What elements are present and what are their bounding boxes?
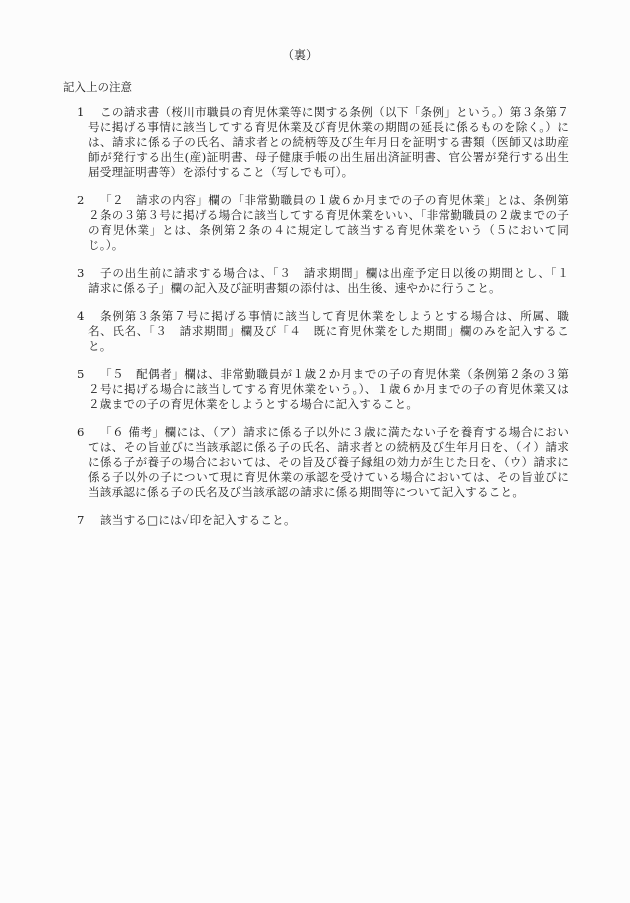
note-text: 条例第３条第７号に掲げる事情に該当して育児休業をしようとする場合は、所属、職名、…	[88, 309, 569, 354]
note-text: 「２ 請求の内容」欄の「非常勤職員の１歳６か月までの子の育児休業」とは、条例第２…	[88, 193, 569, 253]
note-number: 5	[77, 367, 88, 382]
note-text: 子の出生前に請求する場合は、「３ 請求期間」欄は出産予定日以後の期間とし、「１ …	[88, 266, 569, 296]
note-item-1: 1 この請求書（桜川市職員の育児休業等に関する条例（以下「条例」という。）第３条…	[77, 105, 569, 180]
page-label: （裏）	[0, 46, 630, 63]
note-text: この請求書（桜川市職員の育児休業等に関する条例（以下「条例」という。）第３条第７…	[88, 105, 569, 180]
note-number: 7	[77, 513, 88, 528]
note-text: 「５ 配偶者」欄は、非常勤職員が１歳２か月までの子の育児休業（条例第２条の３第２…	[88, 367, 569, 412]
note-number: 3	[77, 266, 88, 281]
note-number: 1	[77, 105, 88, 120]
document-page: （裏） 記入上の注意 1 この請求書（桜川市職員の育児休業等に関する条例（以下「…	[0, 0, 630, 903]
note-item-7: 7 該当する□には✓印を記入すること。	[77, 513, 569, 528]
note-item-6: 6 「６ 備考」欄には、（ア）請求に係る子以外に３歳に満たない子を養育する場合に…	[77, 425, 569, 500]
note-item-5: 5 「５ 配偶者」欄は、非常勤職員が１歳２か月までの子の育児休業（条例第２条の３…	[77, 367, 569, 412]
note-item-4: 4 条例第３条第７号に掲げる事情に該当して育児休業をしようとする場合は、所属、職…	[77, 309, 569, 354]
note-number: 6	[77, 425, 88, 440]
note-text: 「６ 備考」欄には、（ア）請求に係る子以外に３歳に満たない子を養育する場合におい…	[88, 425, 569, 500]
section-heading: 記入上の注意	[63, 79, 132, 95]
note-number: 4	[77, 309, 88, 324]
note-text: 該当する□には✓印を記入すること。	[88, 513, 569, 528]
note-number: 2	[77, 193, 88, 208]
notes-list: 1 この請求書（桜川市職員の育児休業等に関する条例（以下「条例」という。）第３条…	[77, 105, 569, 541]
page-label-text: （裏）	[282, 46, 318, 63]
note-item-3: 3 子の出生前に請求する場合は、「３ 請求期間」欄は出産予定日以後の期間とし、「…	[77, 266, 569, 296]
note-item-2: 2 「２ 請求の内容」欄の「非常勤職員の１歳６か月までの子の育児休業」とは、条例…	[77, 193, 569, 253]
